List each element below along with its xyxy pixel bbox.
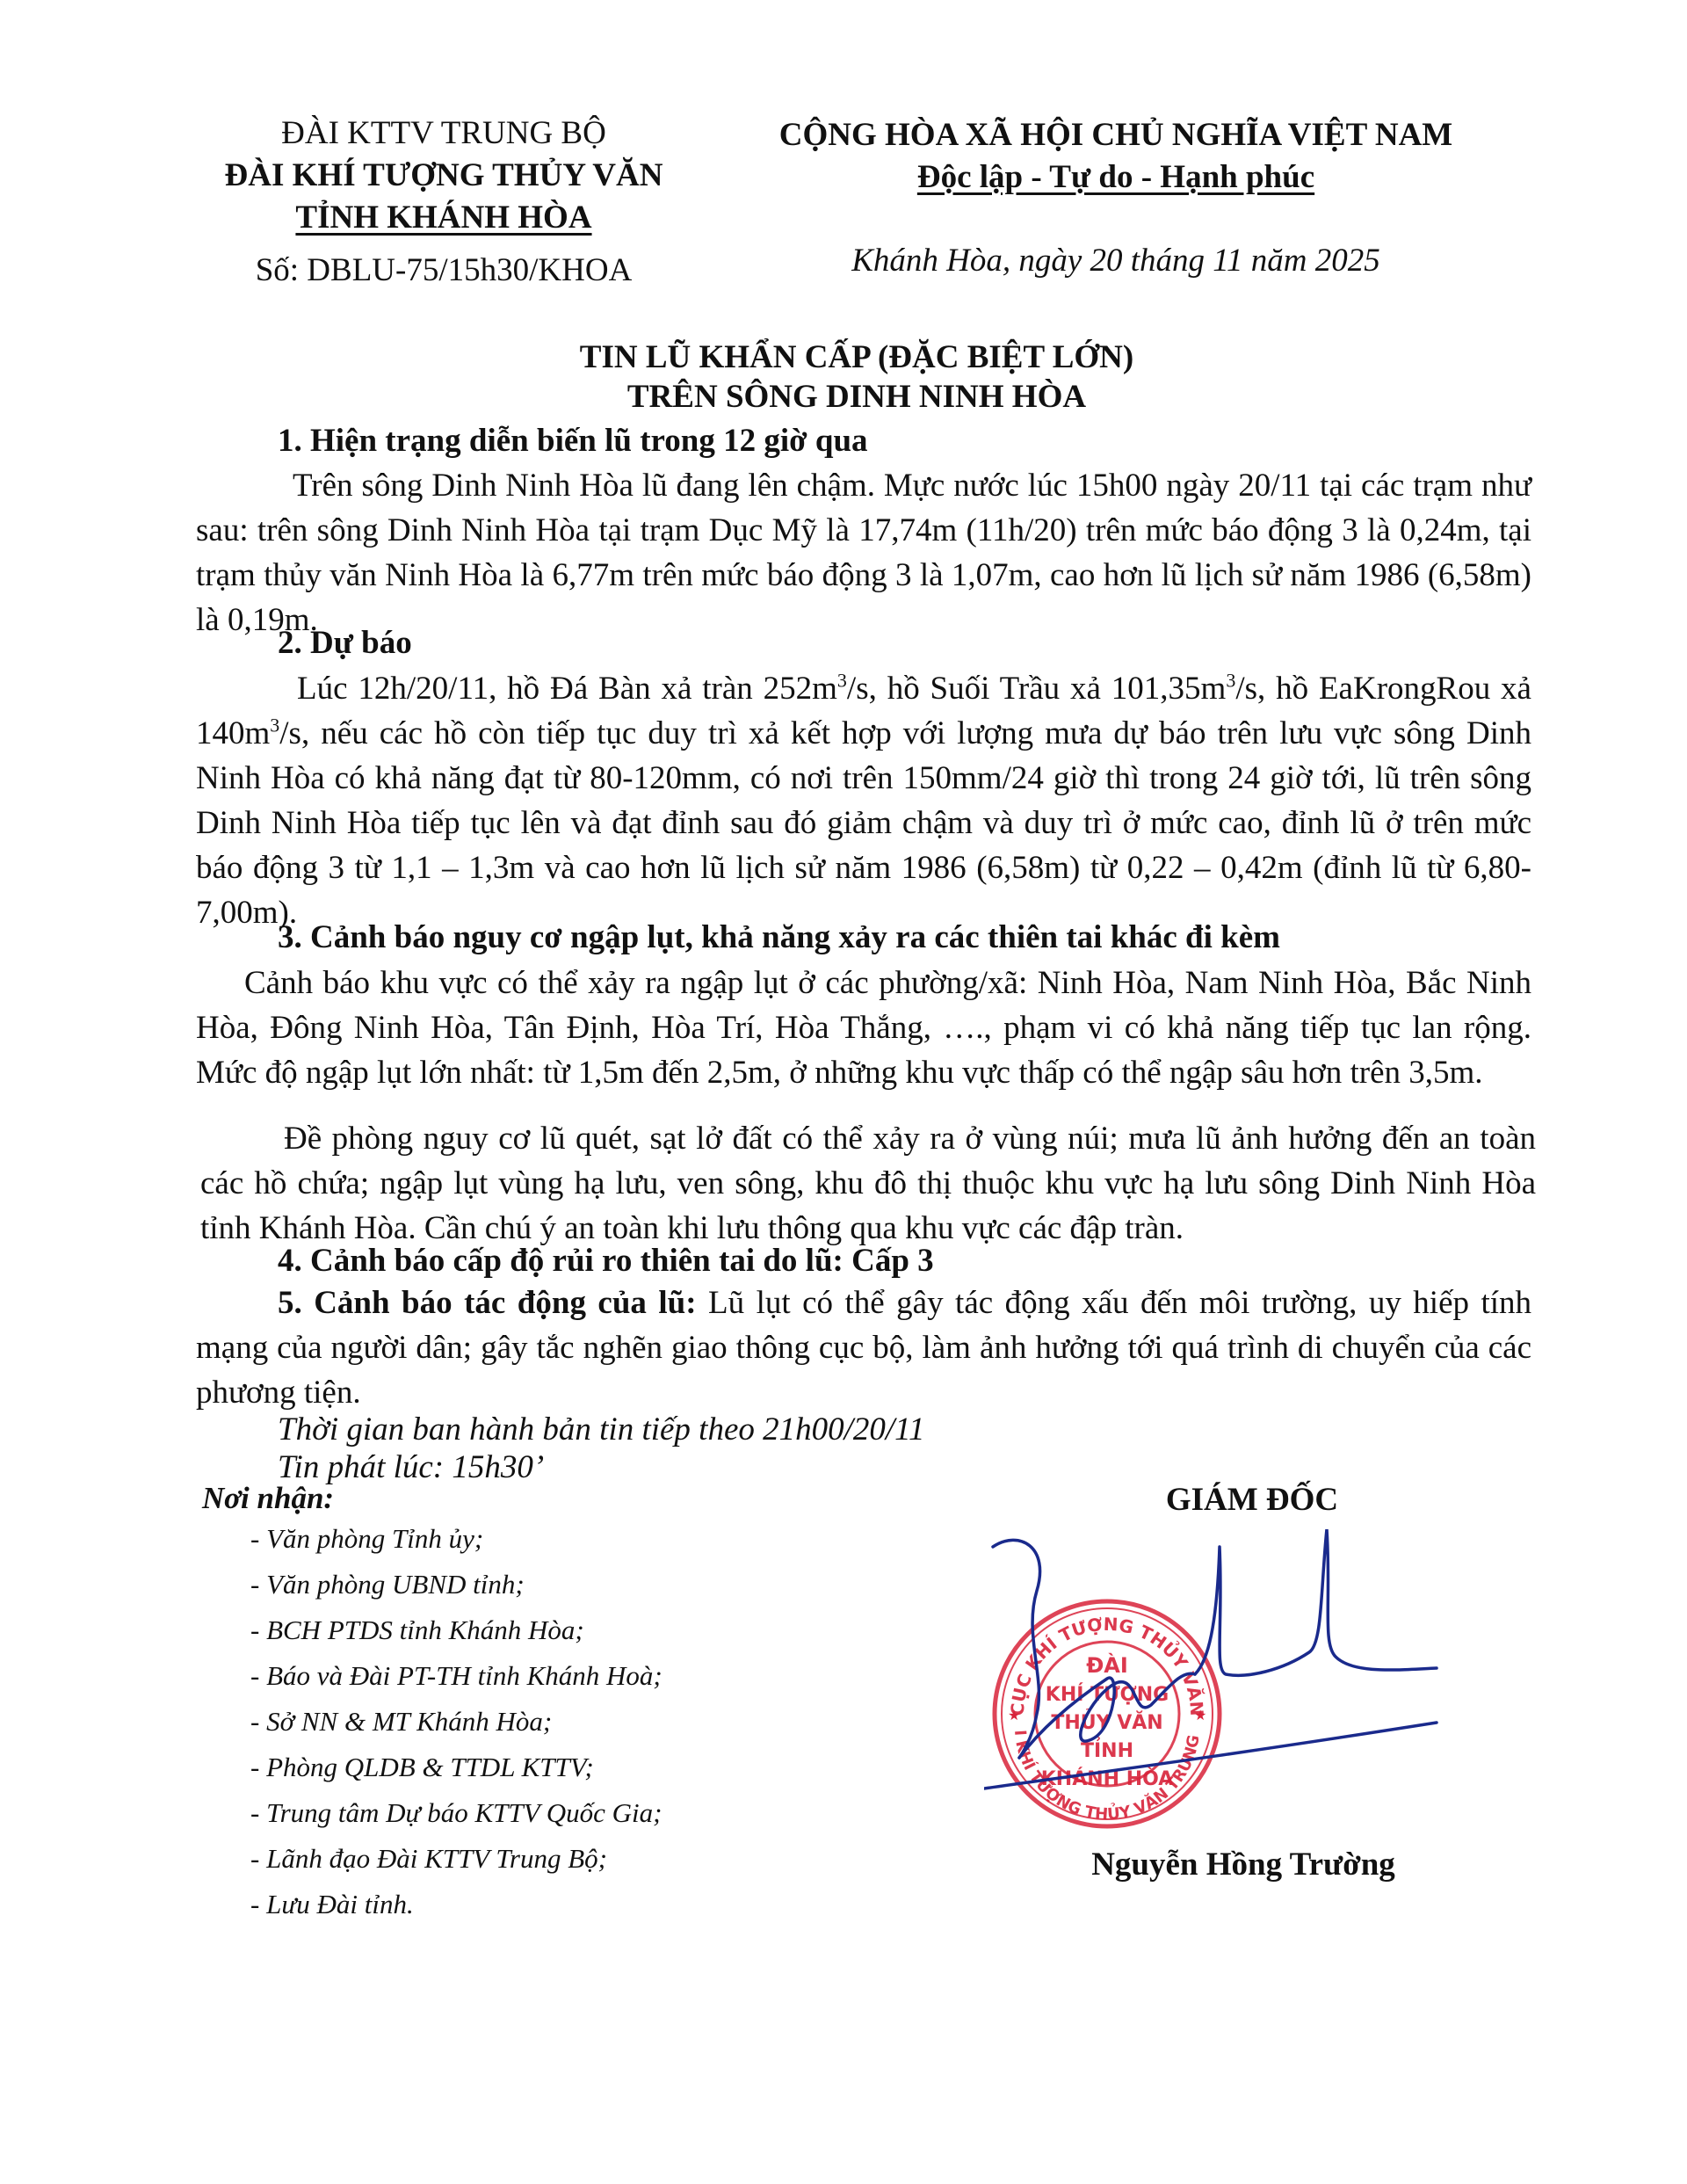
national-title: CỘNG HÒA XÃ HỘI CHỦ NGHĨA VIỆT NAM bbox=[712, 116, 1520, 154]
national-motto: Độc lập - Tự do - Hạnh phúc bbox=[712, 158, 1520, 196]
signer-title: GIÁM ĐỐC bbox=[1147, 1481, 1358, 1519]
recipient-item: - Lưu Đài tỉnh. bbox=[250, 1882, 662, 1927]
director-signature bbox=[984, 1529, 1441, 1819]
section-3-body-2: Đề phòng nguy cơ lũ quét, sạt lở đất có … bbox=[200, 1116, 1536, 1251]
recipients-heading: Nơi nhận: bbox=[202, 1481, 662, 1516]
section-4-heading: 4. Cảnh báo cấp độ rủi ro thiên tai do l… bbox=[278, 1242, 934, 1280]
document-subtitle: TRÊN SÔNG DINH NINH HÒA bbox=[176, 378, 1538, 416]
recipients-list: - Văn phòng Tỉnh ủy;- Văn phòng UBND tỉn… bbox=[202, 1516, 662, 1927]
recipient-item: - Lãnh đạo Đài KTTV Trung Bộ; bbox=[250, 1836, 662, 1882]
section-1-heading: 1. Hiện trạng diễn biến lũ trong 12 giờ … bbox=[278, 422, 868, 460]
signer-name: Nguyễn Hồng Trường bbox=[1068, 1846, 1419, 1883]
section-3-heading: 3. Cảnh báo nguy cơ ngập lụt, khả năng x… bbox=[278, 918, 1280, 956]
agency-province: TỈNH KHÁNH HÒA bbox=[180, 199, 707, 236]
issue-date: Khánh Hòa, ngày 20 tháng 11 năm 2025 bbox=[712, 242, 1520, 279]
recipient-item: - Trung tâm Dự báo KTTV Quốc Gia; bbox=[250, 1790, 662, 1836]
recipient-item: - Báo và Đài PT-TH tỉnh Khánh Hoà; bbox=[250, 1653, 662, 1699]
recipient-item: - Phòng QLDB & TTDL KTTV; bbox=[250, 1745, 662, 1790]
section-1-body: Trên sông Dinh Ninh Hòa lũ đang lên chậm… bbox=[196, 463, 1531, 642]
next-issue-time: Thời gian ban hành bản tin tiếp theo 21h… bbox=[278, 1411, 924, 1448]
section-5-body: 5. Cảnh báo tác động của lũ: Lũ lụt có t… bbox=[196, 1281, 1531, 1415]
agency-name: ĐÀI KHÍ TƯỢNG THỦY VĂN bbox=[180, 156, 707, 194]
recipient-item: - Văn phòng UBND tỉnh; bbox=[250, 1562, 662, 1607]
document-title: TIN LŨ KHẨN CẤP (ĐẶC BIỆT LỚN) bbox=[176, 338, 1538, 376]
section-2-body: Lúc 12h/20/11, hồ Đá Bàn xả tràn 252m3/s… bbox=[196, 666, 1531, 935]
section-2-heading: 2. Dự báo bbox=[278, 624, 412, 662]
document-number: Số: DBLU-75/15h30/KHOA bbox=[180, 251, 707, 289]
recipient-item: - BCH PTDS tỉnh Khánh Hòa; bbox=[250, 1607, 662, 1653]
section-3-body-1: Cảnh báo khu vực có thể xảy ra ngập lụt … bbox=[196, 961, 1531, 1095]
recipient-item: - Văn phòng Tỉnh ủy; bbox=[250, 1516, 662, 1562]
recipient-item: - Sở NN & MT Khánh Hòa; bbox=[250, 1699, 662, 1745]
recipients-block: Nơi nhận: - Văn phòng Tỉnh ủy;- Văn phòn… bbox=[202, 1481, 662, 1927]
agency-parent: ĐÀI KTTV TRUNG BỘ bbox=[180, 114, 707, 152]
